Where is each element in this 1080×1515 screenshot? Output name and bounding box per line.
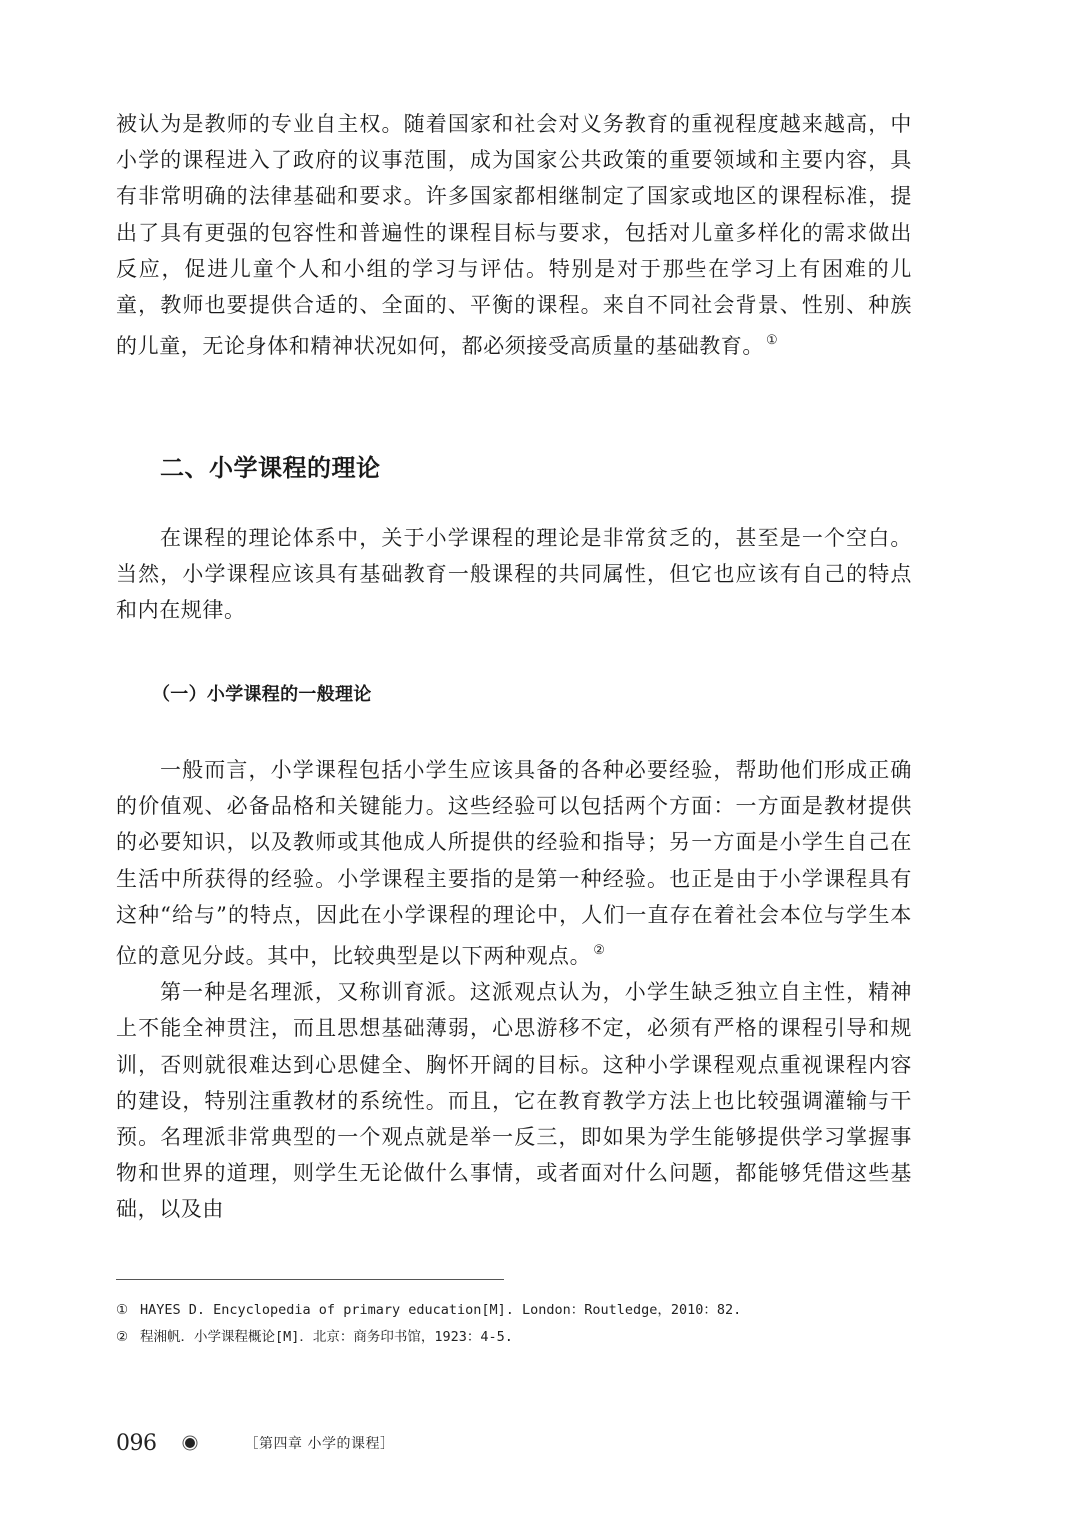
running-head: ［第四章 小学的课程］ xyxy=(245,1433,395,1453)
section-intro: 在课程的理论体系中，关于小学课程的理论是非常贫乏的，甚至是一个空白。当然，小学课… xyxy=(116,520,912,629)
paragraph-text: 第一种是名理派，又称训育派。这派观点认为，小学生缺乏独立自主性，精神上不能全神贯… xyxy=(116,974,912,1227)
footnote-1: ①HAYES D. Encyclopedia of primary educat… xyxy=(116,1297,741,1324)
paragraph-text: 一般而言，小学课程包括小学生应该具备的各种必要经验，帮助他们形成正确的价值观、必… xyxy=(116,758,912,968)
footnotes: ①HAYES D. Encyclopedia of primary educat… xyxy=(116,1297,741,1351)
page-number: 096 xyxy=(116,1431,157,1456)
page-footer: 096 ［第四章 小学的课程］ xyxy=(116,1428,394,1458)
footnote-text: 程湘帆．小学课程概论[M]．北京：商务印书馆，1923：4-5. xyxy=(140,1329,513,1345)
subsection-body: 一般而言，小学课程包括小学生应该具备的各种必要经验，帮助他们形成正确的价值观、必… xyxy=(116,752,912,1228)
footnote-ref-1[interactable]: ① xyxy=(766,333,778,348)
subsection-heading: （一）小学课程的一般理论 xyxy=(152,680,372,706)
body-paragraph-top: 被认为是教师的专业自主权。随着国家和社会对义务教育的重视程度越来越高，中小学的课… xyxy=(116,106,912,364)
footnote-2: ②程湘帆．小学课程概论[M]．北京：商务印书馆，1923：4-5. xyxy=(116,1324,741,1351)
footnote-ref-2[interactable]: ② xyxy=(593,943,605,958)
bullet-icon xyxy=(185,1438,195,1448)
section-intro-text: 在课程的理论体系中，关于小学课程的理论是非常贫乏的，甚至是一个空白。当然，小学课… xyxy=(116,520,912,629)
footnote-mark: ① xyxy=(116,1297,140,1324)
footnote-text: HAYES D. Encyclopedia of primary educati… xyxy=(140,1302,741,1318)
document-page: 被认为是教师的专业自主权。随着国家和社会对义务教育的重视程度越来越高，中小学的课… xyxy=(0,0,1080,1515)
section-heading: 二、小学课程的理论 xyxy=(160,448,381,483)
footnote-mark: ② xyxy=(116,1324,140,1351)
paragraph-text: 被认为是教师的专业自主权。随着国家和社会对义务教育的重视程度越来越高，中小学的课… xyxy=(116,112,912,358)
footnote-divider xyxy=(116,1279,504,1280)
